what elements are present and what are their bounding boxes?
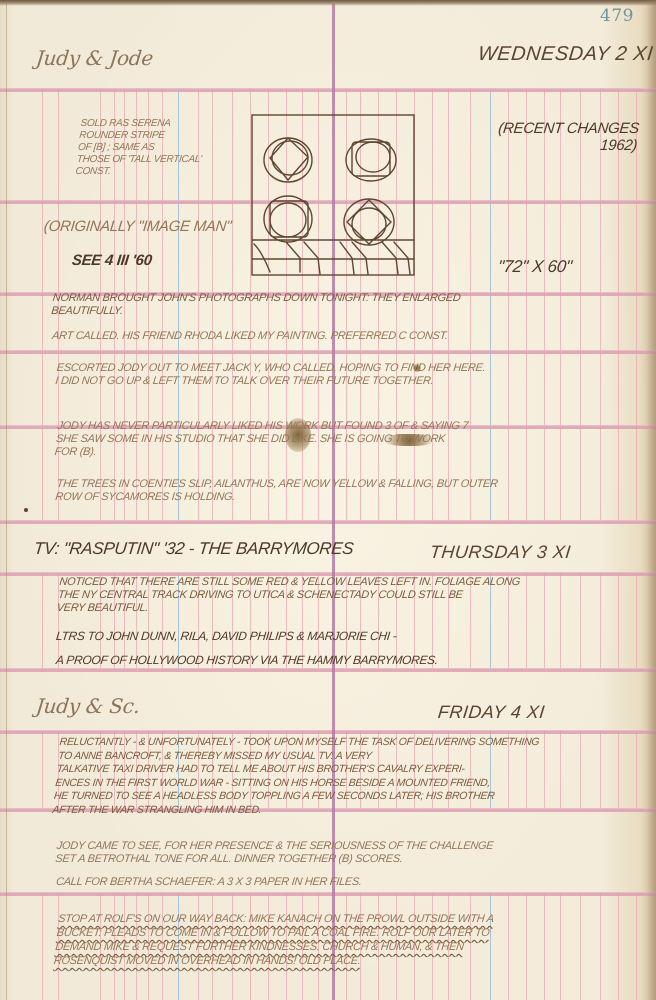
note-originally-title: (Originally "Image Man"	[43, 218, 255, 235]
ruled-column-line	[636, 292, 637, 350]
ruled-column-line	[636, 425, 637, 520]
tv-line-thursday: TV: "Rasputin" '32 - the Barrymores	[33, 540, 375, 557]
ruled-row-line	[0, 350, 656, 354]
left-margin-line	[6, 0, 7, 1000]
ruled-column-line	[42, 892, 43, 1000]
journal-page: 479 Judy & Jode Wednesday 2 XI Sold Ras …	[0, 0, 656, 1000]
note-dimensions: "72" x 60"	[497, 258, 599, 275]
note-norman-photographs: Norman brought John's photographs down t…	[51, 292, 624, 318]
ruled-row-line	[0, 520, 656, 524]
ruled-column-line	[42, 292, 43, 350]
ruled-column-line	[470, 88, 471, 292]
note-hollywood-history: A proof of Hollywood history via the ham…	[55, 654, 556, 667]
note-noticed-foliage: Noticed that there are still some red & …	[56, 576, 640, 615]
ruled-row-line	[0, 88, 656, 92]
note-art-called: Art called. His friend Rhoda liked my pa…	[51, 330, 612, 343]
ruled-row-line	[0, 668, 656, 672]
ruled-column-line	[490, 88, 491, 292]
ruled-column-line	[636, 350, 637, 425]
ruled-column-line	[432, 88, 433, 292]
note-stop-at-rolfs: Stop at Rolf's on our way back: Mike Kan…	[53, 912, 639, 968]
note-call-bertha: Call for Bertha Schaefer: a 3 x 3 paper …	[55, 876, 556, 889]
ruled-column-line	[636, 892, 637, 1000]
note-sketch-description: Sold Ras Serena rounder stripe of [B] ; …	[75, 118, 246, 178]
page-number: 479	[600, 6, 634, 26]
companions-friday: Judy & Sc.	[35, 700, 140, 713]
day-heading-friday: Friday 4 XI	[437, 702, 639, 722]
companions-wednesday: Judy & Jode	[35, 52, 153, 65]
day-heading-wednesday: Wednesday 2 XI	[477, 44, 654, 64]
ruled-column-line	[42, 730, 43, 808]
ruled-column-line	[42, 350, 43, 425]
note-recent-changes: (Recent changes 1962)	[466, 120, 640, 154]
ink-stain	[413, 364, 421, 372]
page-top-edge	[0, 0, 656, 6]
painting-sketch-icon	[248, 112, 420, 282]
bullet-mark	[24, 508, 28, 512]
ruled-row-line	[0, 730, 656, 734]
day-heading-thursday: Thursday 3 XI	[429, 542, 631, 562]
note-reluctantly-taxi: Reluctantly - & unfortunately - took upo…	[52, 736, 651, 817]
note-trees: The trees in Coenties Slip, ailanthus, a…	[55, 478, 638, 504]
note-jody-came: Jody came to see, for her presence & the…	[55, 840, 648, 866]
ruled-column-line	[42, 88, 43, 292]
ruled-column-line	[42, 572, 43, 668]
ruled-column-line	[58, 88, 59, 292]
note-letters: Ltrs to John Dunn, Rila, David Philips &…	[55, 630, 556, 643]
note-escorted-jody: Escorted Jody out to meet Jack Y, who ca…	[55, 362, 628, 388]
note-see-reference: See 4 III '60	[71, 252, 223, 269]
ruled-column-line	[618, 88, 619, 292]
ruled-column-line	[42, 425, 43, 520]
note-jody-never-liked: Jody has never particularly liked his wo…	[54, 420, 628, 459]
ruled-column-line	[600, 88, 601, 292]
ruled-row-line	[0, 892, 656, 896]
ruled-column-line	[636, 88, 637, 292]
page-binding-shadow	[646, 0, 656, 1000]
ruled-column-line	[448, 88, 449, 292]
